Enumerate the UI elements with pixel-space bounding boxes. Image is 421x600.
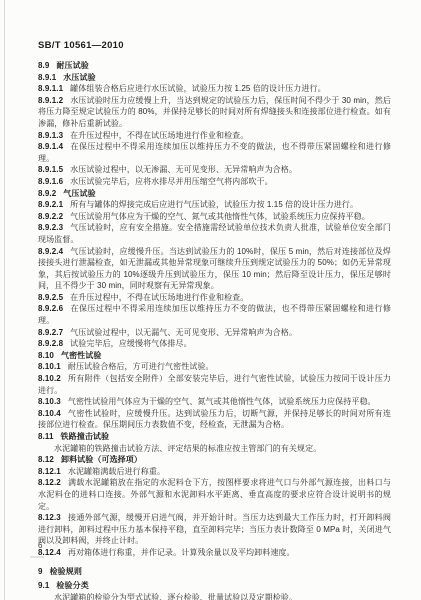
clause-text: 在保压过程中不得采用连续加压以维持压力不变的做法，也不得带压紧固螺栓和进行修理。 [38, 142, 391, 163]
clause-number: 8.9.2.6 [38, 304, 63, 313]
clause-paragraph: 8.9.2.5在升压过程中，不得在试压场地进行作业和检查。 [38, 292, 391, 304]
clause-paragraph: 8.9.2.7气压试验过程中，以无漏气、无可见变形、无异常响声为合格。 [38, 327, 391, 339]
clause-paragraph: 8.9.1.6水压试验完毕后，应将水排尽并用压缩空气将内部吹干。 [38, 176, 391, 188]
clause-number: 8.11 [38, 432, 54, 441]
clause-paragraph: 8.9.2.4气压试验时，应缓慢升压。当达到试验压力的 10%时，保压 5 mi… [38, 246, 391, 292]
standard-number: SB/T 10561—2010 [38, 40, 391, 51]
clause-paragraph: 8.12.1水泥罐箱满载后进行称重。 [38, 466, 391, 478]
section-heading: 9.1检验分类 [38, 580, 391, 592]
clause-text: 所有与罐体的焊接完成后应进行气压试验，试验压力按 1.15 倍的设计压力进行。 [70, 200, 358, 209]
clause-number: 8.9.2.8 [38, 339, 63, 348]
clause-number: 8.9.1.1 [38, 84, 63, 93]
clause-number: 8.9.2.2 [38, 212, 63, 221]
clause-number: 8.9.2.3 [38, 223, 63, 232]
clause-number: 8.10.1 [38, 362, 61, 371]
clause-title: 水压试验 [63, 73, 95, 82]
document-content: SB/T 10561—2010 8.9耐压试验 8.9.1水压试验 8.9.1.… [38, 40, 391, 600]
clause-number: 8.9.2.1 [38, 200, 63, 209]
clause-number: 8.9.1.4 [38, 142, 63, 151]
clause-paragraph: 8.10.2所有附件（包括安全附件）全部安装完毕后，进行气密性试验，试验压力按同… [38, 373, 391, 396]
clause-text: 耐压试验合格后，方可进行气密性试验。 [68, 362, 214, 371]
clause-number: 8.9.2 [38, 189, 56, 198]
clause-text: 试验完毕后，应缓慢将气体排尽。 [70, 339, 192, 348]
section-heading: 8.12卸料试验（可选择项） [38, 454, 391, 466]
clause-number: 8.12 [38, 455, 54, 464]
section-heading: 8.9耐压试验 [38, 60, 391, 72]
clause-text: 气压试验时，应缓慢升压。当达到试验压力的 10%时，保压 5 min，然后对连接… [38, 247, 391, 291]
clause-text: 水泥罐箱满载后进行称重。 [68, 467, 165, 476]
section-heading: 9检验规则 [38, 566, 391, 578]
clause-paragraph: 8.9.1.3在升压过程中，不得在试压场地进行作业和检查。 [38, 130, 391, 142]
section-heading: 8.9.2气压试验 [38, 188, 391, 200]
clause-title: 检验规则 [50, 567, 82, 576]
clause-number: 9.1 [38, 581, 49, 590]
clause-text: 水泥罐箱的铁路撞击试验方法、评定结果的标准应按主管部门的有关规定。 [54, 444, 321, 453]
clause-paragraph: 8.9.2.3气压试验时，应有安全措施。安全措施需经试验单位技术负责人批准，试验… [38, 222, 391, 245]
clause-number: 8.10.2 [38, 374, 61, 383]
clause-paragraph: 8.12.3接通外部气源，缓慢开启进气阀，并开始计时。当压力达到最大工作压力时，… [38, 512, 391, 547]
document-page: SB/T 10561—2010 8.9耐压试验 8.9.1水压试验 8.9.1.… [0, 0, 421, 600]
clause-number: 9 [38, 567, 43, 576]
section-heading: 8.9.1水压试验 [38, 72, 391, 84]
clause-title: 气压试验 [63, 189, 95, 198]
clause-number: 8.9.1.5 [38, 165, 63, 174]
clause-paragraph: 8.9.1.4在保压过程中不得采用连续加压以维持压力不变的做法，也不得带压紧固螺… [38, 141, 391, 164]
clause-text: 所有附件（包括安全附件）全部安装完毕后，进行气密性试验，试验压力按同于设计压力进… [38, 374, 391, 395]
section-heading: 8.11铁路撞击试验 [38, 431, 391, 443]
clause-paragraph: 8.9.1.5水压试验过程中，以无渗漏、无可见变形、无异常响声为合格。 [38, 164, 391, 176]
clause-number: 8.9.1.3 [38, 131, 63, 140]
clause-text: 满载水泥罐箱放在指定的水泥料仓下方，按图样要求将进气口与外部气源连接，出料口与水… [38, 478, 391, 510]
clause-paragraph: 8.12.2满载水泥罐箱放在指定的水泥料仓下方，按图样要求将进气口与外部气源连接… [38, 477, 391, 512]
section-heading: 8.10气密性试验 [38, 350, 391, 362]
clause-paragraph: 8.10.1耐压试验合格后，方可进行气密性试验。 [38, 361, 391, 373]
clause-text: 接通外部气源，缓慢开启进气阀，并开始计时。当压力达到最大工作压力时，打开卸料阀进… [38, 513, 391, 545]
clause-text: 气密性试验用气体应为干燥的空气、氮气或其他惰性气体，试验系统压力应保持平稳。 [68, 397, 376, 406]
clause-paragraph: 8.9.2.6在保压过程中不得采用连续加压以维持压力不变的做法，也不得带压紧固螺… [38, 303, 391, 326]
clause-number: 8.9.2.5 [38, 293, 63, 302]
clause-number: 8.12.2 [38, 478, 61, 487]
clause-paragraph: 8.9.1.1罐体组装合格后应进行水压试验，试验压力按 1.25 倍的设计压力进… [38, 83, 391, 95]
clause-text: 水泥罐箱的检验分为型式试验、逐台检验、批量试验以及定期检验。 [54, 593, 297, 600]
clause-number: 8.10.3 [38, 397, 61, 406]
clause-title: 铁路撞击试验 [61, 432, 110, 441]
page-number: 6 [38, 541, 42, 550]
clause-number: 8.12.1 [38, 467, 61, 476]
clause-number: 8.9.2.4 [38, 247, 63, 256]
scan-smudge [30, 556, 44, 558]
clause-paragraph: 水泥罐箱的铁路撞击试验方法、评定结果的标准应按主管部门的有关规定。 [38, 443, 391, 455]
clause-text: 罐体组装合格后应进行水压试验，试验压力按 1.25 倍的设计压力进行。 [70, 84, 326, 93]
clause-text: 气压试验过程中，以无漏气、无可见变形、无异常响声为合格。 [70, 328, 297, 337]
clause-title: 耐压试验 [56, 61, 88, 70]
clause-number: 8.9.1.2 [38, 96, 63, 105]
clause-text: 气密性试验时，应缓慢升压。达到试验压力后，切断气源，并保持足够长的时间对所有连接… [38, 409, 391, 430]
clause-number: 8.9.2.7 [38, 328, 63, 337]
clause-number: 8.10.4 [38, 409, 61, 418]
clause-text: 水压试验过程中，以无渗漏、无可见变形、无异常响声为合格。 [70, 165, 297, 174]
clause-paragraph: 8.9.2.1所有与罐体的焊接完成后应进行气压试验，试验压力按 1.15 倍的设… [38, 199, 391, 211]
clause-paragraph: 8.9.2.8试验完毕后，应缓慢将气体排尽。 [38, 338, 391, 350]
clause-text: 在升压过程中，不得在试压场地进行作业和检查。 [70, 131, 248, 140]
clause-text: 在保压过程中不得采用连续加压以维持压力不变的做法，也不得带压紧固螺栓和进行修理。 [38, 304, 391, 325]
clause-paragraph: 8.10.4气密性试验时，应缓慢升压。达到试验压力后，切断气源，并保持足够长的时… [38, 408, 391, 431]
clause-text: 再对箱体进行称重，并作记录。计算残余量以及平均卸料速度。 [68, 548, 295, 557]
clause-text: 气压试验用气体应为干燥的空气、氮气或其他惰性气体，试验系统压力应保持平稳。 [70, 212, 370, 221]
clause-text: 在升压过程中，不得在试压场地进行作业和检查。 [70, 293, 248, 302]
clause-number: 8.10 [38, 351, 54, 360]
clause-text: 水压试验时压力应缓慢上升，当达到规定的试验压力后，保压时间不得少于 30 min… [38, 96, 391, 128]
clause-number: 8.9 [38, 61, 49, 70]
scan-edge-line [4, 0, 5, 600]
clause-text: 水压试验完毕后，应将水排尽并用压缩空气将内部吹干。 [70, 177, 273, 186]
clause-number: 8.9.1.6 [38, 177, 63, 186]
clause-paragraph: 8.10.3气密性试验用气体应为干燥的空气、氮气或其他惰性气体，试验系统压力应保… [38, 396, 391, 408]
clause-number: 8.12.3 [38, 513, 61, 522]
clause-text: 气压试验时，应有安全措施。安全措施需经试验单位技术负责人批准，试验单位安全部门现… [38, 223, 391, 244]
clause-title: 卸料试验（可选择项） [61, 455, 142, 464]
clause-paragraph: 水泥罐箱的检验分为型式试验、逐台检验、批量试验以及定期检验。 [38, 592, 391, 600]
clause-title: 气密性试验 [61, 351, 102, 360]
clause-paragraph: 8.12.4再对箱体进行称重，并作记录。计算残余量以及平均卸料速度。 [38, 547, 391, 559]
clause-title: 检验分类 [56, 581, 88, 590]
clause-number: 8.9.1 [38, 73, 56, 82]
clause-paragraph: 8.9.2.2气压试验用气体应为干燥的空气、氮气或其他惰性气体，试验系统压力应保… [38, 211, 391, 223]
clause-paragraph: 8.9.1.2水压试验时压力应缓慢上升，当达到规定的试验压力后，保压时间不得少于… [38, 95, 391, 130]
